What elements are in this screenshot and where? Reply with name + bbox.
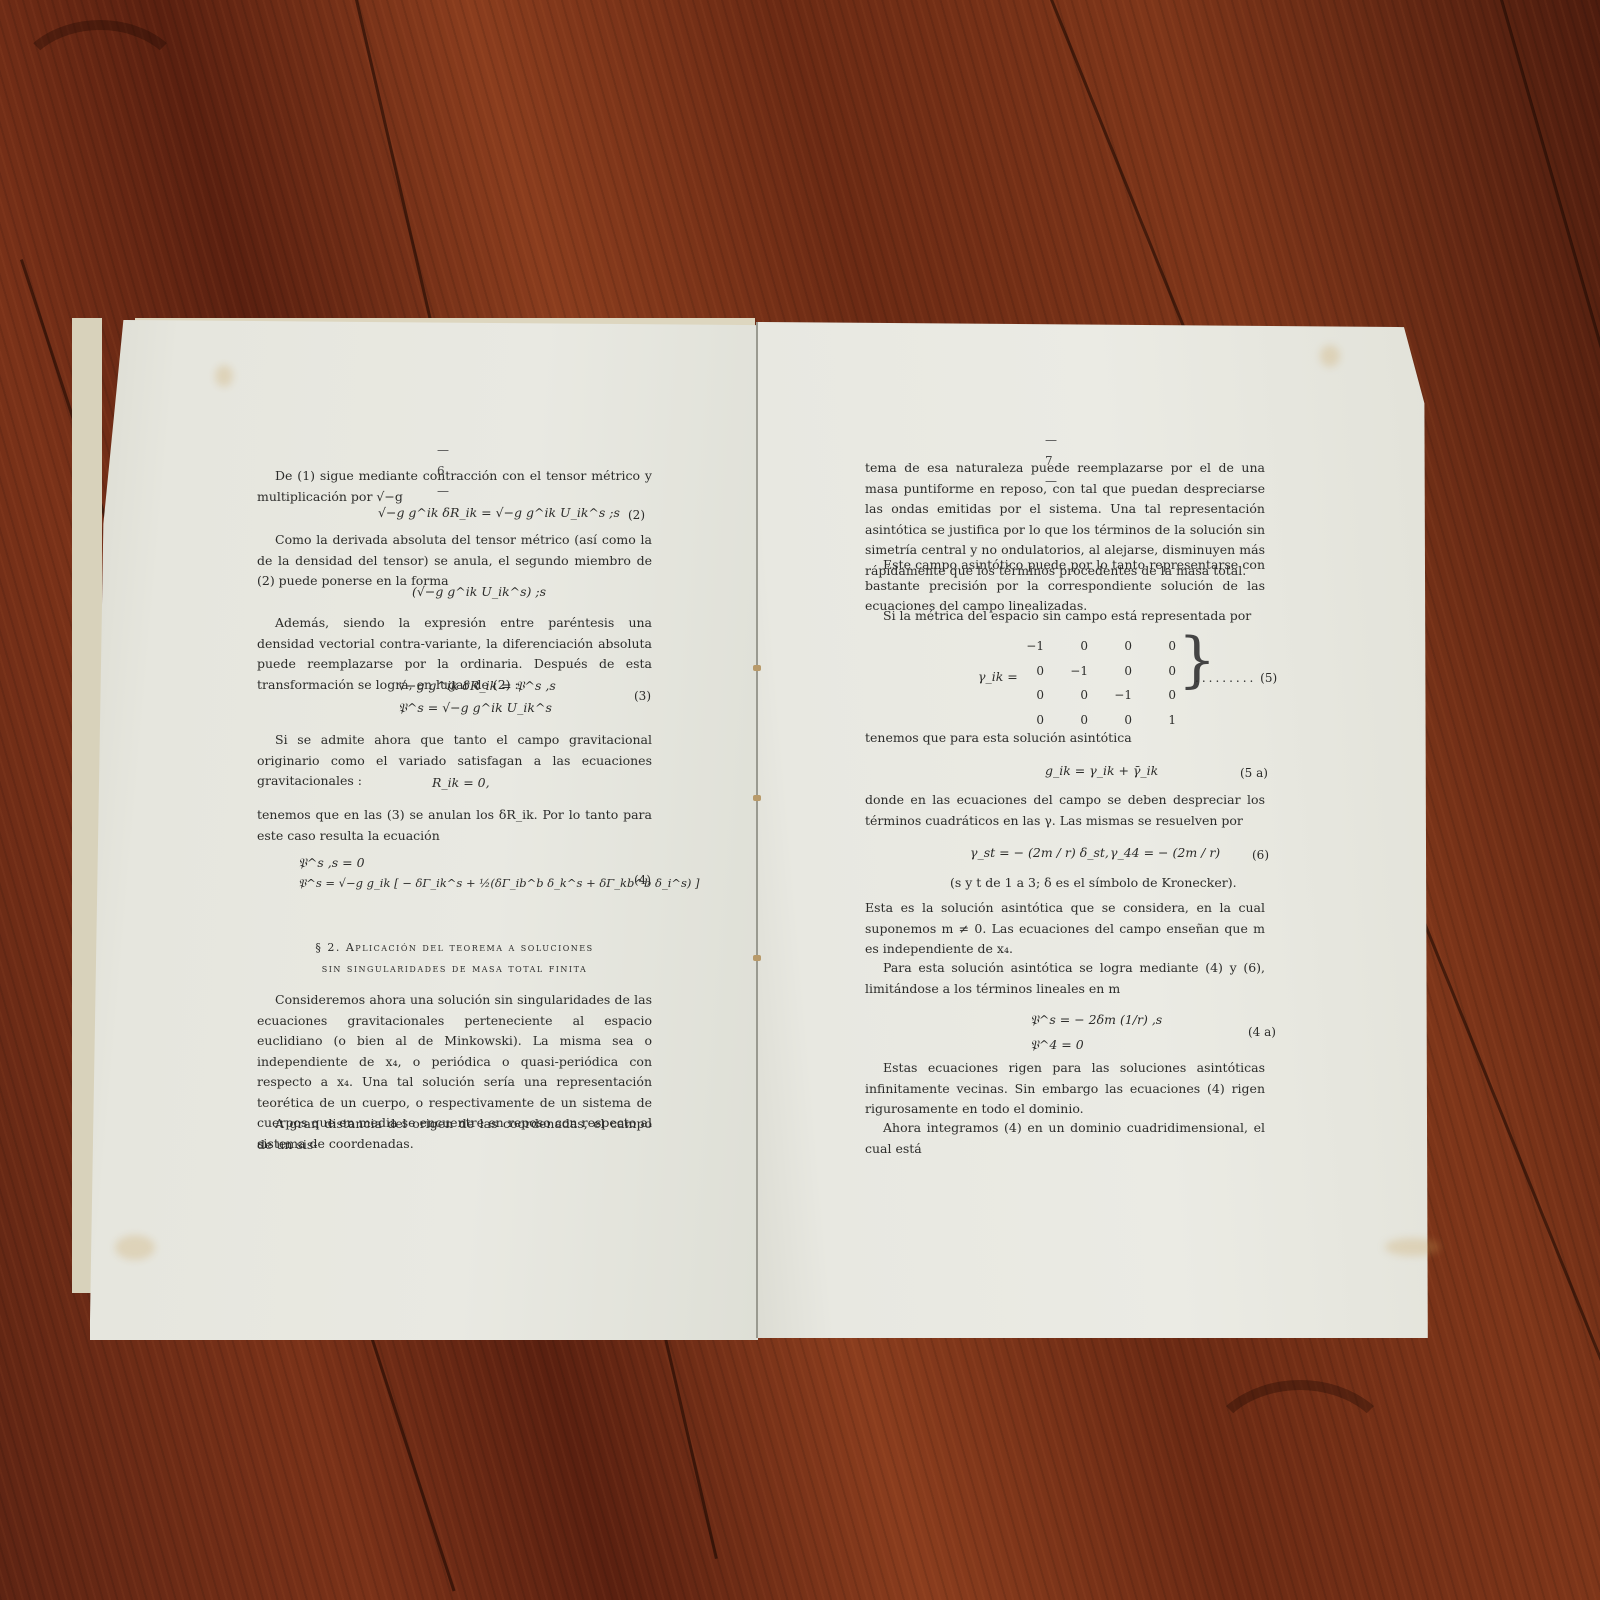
matrix-cell: 0 — [1044, 636, 1088, 657]
paragraph: A gran distancia del origen de las coord… — [257, 1114, 652, 1155]
paragraph: Ahora integramos (4) en un dominio cuadr… — [865, 1118, 1265, 1159]
paragraph: Esta es la solución asintótica que se co… — [865, 898, 1265, 960]
equation-form: (√−g g^ik U_ik^s) ;s — [412, 582, 546, 603]
binding-stitch — [753, 795, 761, 801]
matrix-cell: −1 — [1044, 661, 1088, 682]
equation-number: (4) — [634, 870, 651, 891]
matrix-cell: −1 — [1000, 636, 1044, 657]
equation-5a: g_ik = γ_ik + γ̄_ik — [1045, 761, 1158, 782]
equation-6-a: γ_st = − (2m / r) δ_st, — [970, 843, 1109, 864]
matrix-cell: 0 — [1000, 661, 1044, 682]
metric-matrix: −10000−10000−100001 — [1000, 636, 1176, 730]
open-booklet: — 6 — De (1) sigue mediante contracción … — [0, 0, 1600, 1600]
paragraph: De (1) sigue mediante contracción con el… — [257, 466, 652, 507]
paragraph: tenemos que en las (3) se anulan los δR_… — [257, 805, 652, 846]
equation-6-b: γ_44 = − (2m / r) — [1110, 843, 1220, 864]
matrix-cell: 1 — [1132, 710, 1176, 731]
paper-stain — [1320, 345, 1340, 367]
matrix-cell: 0 — [1088, 661, 1132, 682]
kronecker-note: (s y t de 1 a 3; δ es el símbolo de Kron… — [950, 873, 1237, 894]
matrix-cell: 0 — [1044, 685, 1088, 706]
matrix-cell: 0 — [1000, 710, 1044, 731]
paragraph: donde en las ecuaciones del campo se deb… — [865, 790, 1265, 831]
equation-number: (4 a) — [1248, 1022, 1276, 1043]
equation-number: ......... (5) — [1195, 668, 1277, 689]
matrix-cell: 0 — [1088, 636, 1132, 657]
equation-3-line-1: √−g g^ik δR_ik = 𝔓^s ,s — [398, 676, 556, 697]
equation-4a-line-2: 𝔓^4 = 0 — [1030, 1035, 1084, 1056]
paragraph: tenemos que para esta solución asintótic… — [865, 728, 1265, 749]
paper-stain — [215, 365, 233, 387]
matrix-cell: 0 — [1132, 685, 1176, 706]
matrix-cell: 0 — [1132, 636, 1176, 657]
matrix-cell: 0 — [1000, 685, 1044, 706]
section-heading: § 2. Aplicación del teorema a soluciones… — [257, 938, 652, 979]
equation-number: (2) — [628, 505, 645, 526]
matrix-cell: 0 — [1132, 661, 1176, 682]
paragraph: Estas ecuaciones rigen para las solucion… — [865, 1058, 1265, 1120]
equation-number: (6) — [1252, 845, 1269, 866]
equation-3-line-2: 𝔓^s = √−g g^ik U_ik^s — [398, 698, 552, 719]
equation-2: √−g g^ik δR_ik = √−g g^ik U_ik^s ;s — [378, 503, 620, 524]
binding-stitch — [753, 955, 761, 961]
matrix-cell: 0 — [1088, 710, 1132, 731]
paper-stain — [115, 1235, 155, 1260]
paragraph: Si la métrica del espacio sin campo está… — [865, 606, 1265, 627]
paper-stain — [1385, 1238, 1440, 1256]
equation-4a-line-1: 𝔓^s = − 2δm (1/r) ,s — [1030, 1010, 1162, 1031]
paragraph: Para esta solución asintótica se logra m… — [865, 958, 1265, 999]
matrix-cell: −1 — [1088, 685, 1132, 706]
spine-gutter — [756, 322, 758, 1338]
equation-rik: R_ik = 0, — [432, 773, 490, 794]
binding-stitch — [753, 665, 761, 671]
equation-4-line-1: 𝔓^s ,s = 0 — [298, 853, 365, 874]
equation-number: (5 a) — [1240, 763, 1268, 784]
equation-number: (3) — [634, 686, 651, 707]
matrix-cell: 0 — [1044, 710, 1088, 731]
